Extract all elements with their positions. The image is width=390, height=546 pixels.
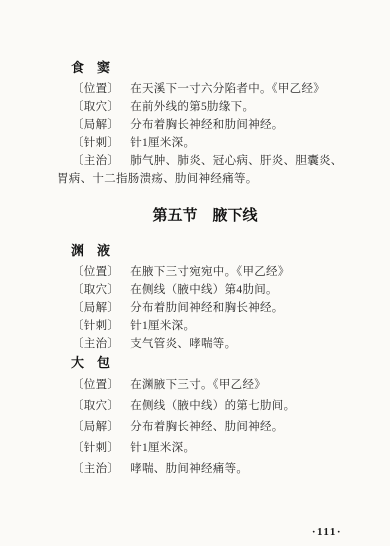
field-label: 〔局解〕 (72, 421, 119, 433)
field-row-position: 〔位置〕在渊腋下三寸。《甲乙经》 (57, 375, 353, 396)
field-text: 分布着胸长神经、肋间神经。 (130, 421, 283, 433)
field-text: 针1厘米深。 (130, 320, 195, 332)
field-text: 在天溪下一寸六分陷者中。《甲乙经》 (130, 83, 325, 95)
section-heading: 第五节 腋下线 (57, 206, 353, 226)
field-row-indications: 〔主治〕哮喘、肋间神经痛等。 (57, 459, 353, 480)
field-label: 〔主治〕 (72, 155, 119, 167)
field-label: 〔取穴〕 (72, 400, 119, 412)
field-text: 在侧线（腋中线）的第七肋间。 (130, 400, 295, 412)
field-row-anatomy: 〔局解〕分布着胸长神经、肋间神经。 (57, 417, 353, 438)
field-row-needling: 〔针刺〕针1厘米深。 (57, 438, 353, 459)
point-entry-yuanye: 渊 液 〔位置〕在腋下三寸宛宛中。《甲乙经》 〔取穴〕在侧线（腋中线）第4肋间。… (57, 243, 353, 353)
field-label: 〔位置〕 (72, 266, 119, 278)
field-text: 在腋下三寸宛宛中。《甲乙经》 (130, 266, 289, 278)
field-text: 分布着胸长神经和肋间神经。 (130, 119, 283, 131)
field-row-anatomy: 〔局解〕分布着肋间神经和胸长神经。 (57, 299, 353, 317)
field-row-indications: 〔主治〕支气管炎、哮喘等。 (57, 335, 353, 353)
field-label: 〔针刺〕 (72, 320, 119, 332)
field-row-needling: 〔针刺〕针1厘米深。 (57, 134, 353, 152)
field-text: 哮喘、肋间神经痛等。 (130, 463, 248, 475)
field-row-anatomy: 〔局解〕分布着胸长神经和肋间神经。 (57, 116, 353, 134)
field-label: 〔位置〕 (72, 83, 119, 95)
point-entry-dabao: 大 包 〔位置〕在渊腋下三寸。《甲乙经》 〔取穴〕在侧线（腋中线）的第七肋间。 … (57, 355, 353, 480)
field-label: 〔针刺〕 (72, 137, 119, 149)
field-row-locating: 〔取穴〕在侧线（腋中线）第4肋间。 (57, 281, 353, 299)
field-label: 〔局解〕 (72, 119, 119, 131)
point-name: 大 包 (71, 355, 353, 371)
point-name: 渊 液 (71, 243, 353, 259)
field-label: 〔主治〕 (72, 338, 119, 350)
field-text: 分布着肋间神经和胸长神经。 (130, 302, 283, 314)
field-label: 〔局解〕 (72, 302, 119, 314)
point-name: 食 窦 (71, 60, 353, 76)
field-text: 在前外线的第5肋缘下。 (130, 101, 254, 113)
field-text: 支气管炎、哮喘等。 (130, 338, 236, 350)
field-row-indications: 〔主治〕肺气肿、肺炎、冠心病、肝炎、胆囊炎、胃病、十二指肠溃疡、肋间神经痛等。 (57, 152, 353, 188)
page-content: 食 窦 〔位置〕在天溪下一寸六分陷者中。《甲乙经》 〔取穴〕在前外线的第5肋缘下… (57, 60, 353, 480)
field-text: 在渊腋下三寸。《甲乙经》 (130, 379, 266, 391)
field-row-position: 〔位置〕在腋下三寸宛宛中。《甲乙经》 (57, 263, 353, 281)
field-label: 〔取穴〕 (72, 284, 119, 296)
field-label: 〔针刺〕 (72, 442, 119, 454)
field-text: 针1厘米深。 (130, 442, 195, 454)
field-row-position: 〔位置〕在天溪下一寸六分陷者中。《甲乙经》 (57, 80, 353, 98)
field-row-locating: 〔取穴〕在前外线的第5肋缘下。 (57, 98, 353, 116)
page-number: ·111· (312, 526, 342, 538)
field-label: 〔主治〕 (72, 463, 119, 475)
book-page: 食 窦 〔位置〕在天溪下一寸六分陷者中。《甲乙经》 〔取穴〕在前外线的第5肋缘下… (0, 0, 390, 546)
field-row-needling: 〔针刺〕针1厘米深。 (57, 317, 353, 335)
field-text: 在侧线（腋中线）第4肋间。 (130, 284, 278, 296)
field-text: 针1厘米深。 (130, 137, 195, 149)
field-row-locating: 〔取穴〕在侧线（腋中线）的第七肋间。 (57, 396, 353, 417)
field-label: 〔位置〕 (72, 379, 119, 391)
field-label: 〔取穴〕 (72, 101, 119, 113)
point-entry-shidou: 食 窦 〔位置〕在天溪下一寸六分陷者中。《甲乙经》 〔取穴〕在前外线的第5肋缘下… (57, 60, 353, 188)
